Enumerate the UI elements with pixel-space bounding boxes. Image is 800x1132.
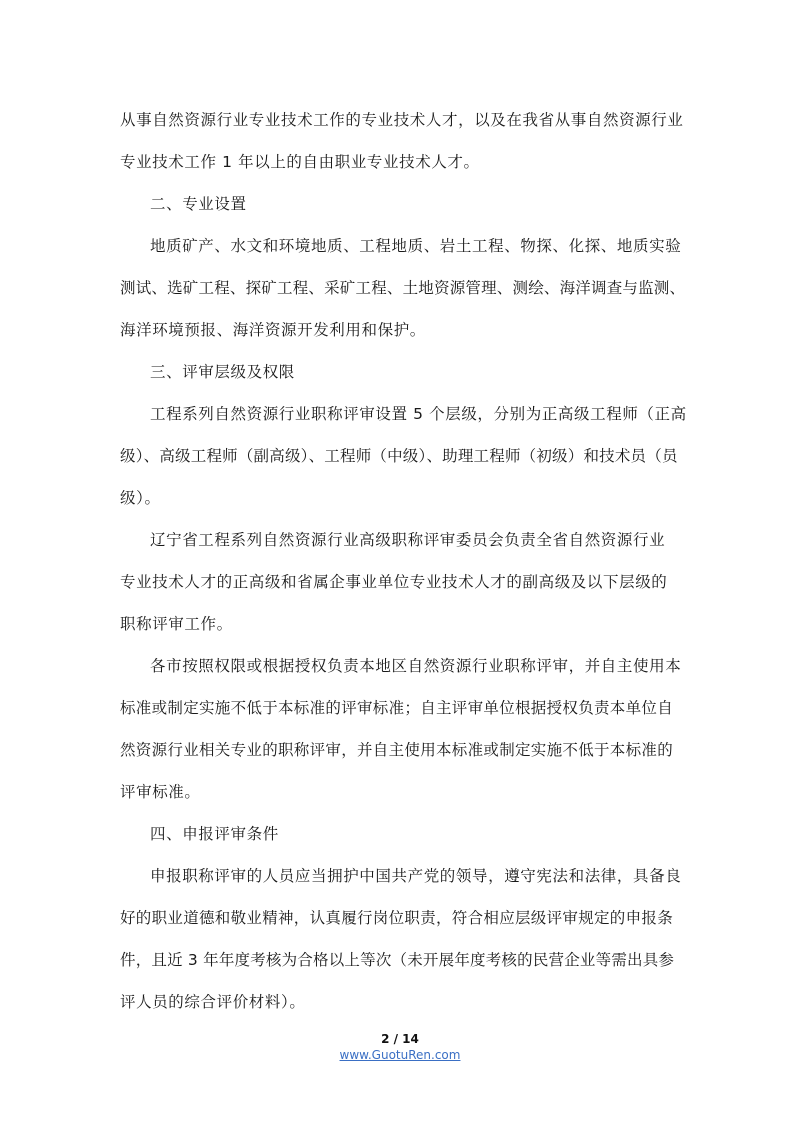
text-line: 职称评审工作。 <box>120 614 233 634</box>
text-line: 好的职业道德和敬业精神，认真履行岗位职责，符合相应层级评审规定的申报条 <box>120 908 673 928</box>
text-line: 专业技术工作 1 年以上的自由职业专业技术人才。 <box>120 152 480 172</box>
text-line: 级）、高级工程师（副高级）、工程师（中级）、助理工程师（初级）和技术员（员 <box>120 446 678 466</box>
text-line: 评审标准。 <box>120 782 201 802</box>
text-line: 级）。 <box>120 488 161 508</box>
text-line: 各市按照权限或根据授权负责本地区自然资源行业职称评审，并自主使用本 <box>150 656 681 676</box>
text-line: 件，且近 3 年年度考核为合格以上等次（未开展年度考核的民营企业等需出具参 <box>120 950 674 970</box>
text-line: 然资源行业相关专业的职称评审，并自主使用本标准或制定实施不低于本标准的 <box>120 740 673 760</box>
page-number: 2 / 14 <box>0 1032 800 1046</box>
text-line: 海洋环境预报、海洋资源开发利用和保护。 <box>120 320 426 340</box>
text-line: 评人员的综合评价材料）。 <box>120 992 305 1012</box>
text-line: 地质矿产、水文和环境地质、工程地质、岩土工程、物探、化探、地质实验 <box>150 236 681 256</box>
section-heading: 三、评审层级及权限 <box>150 362 295 382</box>
section-heading: 二、专业设置 <box>150 194 247 214</box>
text-line: 申报职称评审的人员应当拥护中国共产党的领导，遵守宪法和法律，具备良 <box>150 866 681 886</box>
text-line: 从事自然资源行业专业技术工作的专业技术人才，以及在我省从事自然资源行业 <box>120 110 684 130</box>
text-line: 辽宁省工程系列自然资源行业高级职称评审委员会负责全省自然资源行业 <box>150 530 665 550</box>
text-line: 工程系列自然资源行业职称评审设置 5 个层级，分别为正高级工程师（正高 <box>150 404 687 424</box>
text-line: 标准或制定实施不低于本标准的评审标准；自主评审单位根据授权负责本单位自 <box>120 698 673 718</box>
website-link[interactable]: www.GuotuRen.com <box>0 1048 800 1062</box>
section-heading: 四、申报评审条件 <box>150 824 279 844</box>
text-line: 专业技术人才的正高级和省属企事业单位专业技术人才的副高级及以下层级的 <box>120 572 667 592</box>
text-line: 测试、选矿工程、探矿工程、采矿工程、土地资源管理、测绘、海洋调查与监测、 <box>120 278 685 298</box>
